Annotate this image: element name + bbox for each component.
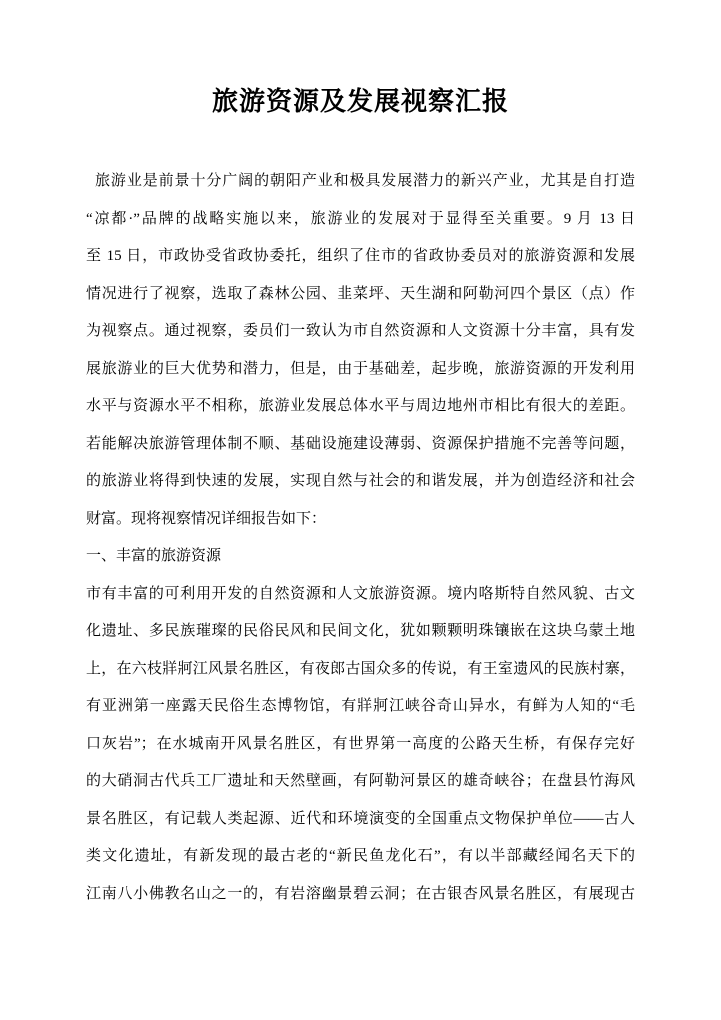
text-line: “凉都·”品牌的战略实施以来，旅游业的发展对于显得至关重要。9 月 13 日 — [86, 201, 635, 239]
text-line: 财富。现将视察情况详细报告如下： — [86, 501, 635, 539]
text-line: 市有丰富的可利用开发的自然资源和人文旅游资源。境内咯斯特自然风貌、古文 — [86, 576, 635, 614]
text-line: 旅游业是前景十分广阔的朝阳产业和极具发展潜力的新兴产业，尤其是自打造 — [86, 163, 635, 201]
document-title: 旅游资源及发展视察汇报 — [0, 0, 721, 118]
text-line: 化遗址、多民族璀璨的民俗民风和民间文化，犹如颗颗明珠镶嵌在这块乌蒙土地 — [86, 613, 635, 651]
text-line: 有亚洲第一座露天民俗生态博物馆，有牂牁江峡谷奇山异水，有鲜为人知的“毛 — [86, 688, 635, 726]
text-line: 水平与资源水平不相称，旅游业发展总体水平与周边地州市相比有很大的差距。 — [86, 388, 635, 426]
text-line: 情况进行了视察，选取了森林公园、韭菜坪、天生湖和阿勒河四个景区（点）作 — [86, 276, 635, 314]
document-page: 旅游资源及发展视察汇报 旅游业是前景十分广阔的朝阳产业和极具发展潜力的新兴产业，… — [0, 0, 721, 1020]
text-line: 至 15 日，市政协受省政协委托，组织了住市的省政协委员对的旅游资源和发展 — [86, 238, 635, 276]
text-line: 若能解决旅游管理体制不顺、基础设施建设薄弱、资源保护措施不完善等问题， — [86, 426, 635, 464]
text-line: 为视察点。通过视察，委员们一致认为市自然资源和人文资源十分丰富，具有发 — [86, 313, 635, 351]
text-line: 江南八小佛教名山之一的，有岩溶幽景碧云洞；在古银杏风景名胜区，有展现古 — [86, 876, 635, 914]
text-line: 口灰岩”；在水城南开风景名胜区，有世界第一高度的公路天生桥，有保存完好 — [86, 726, 635, 764]
text-line: 类文化遗址，有新发现的最古老的“新民鱼龙化石”，有以半部藏经闻名天下的 — [86, 838, 635, 876]
text-line: 展旅游业的巨大优势和潜力，但是，由于基础差，起步晚，旅游资源的开发利用 — [86, 351, 635, 389]
text-line: 的大硝洞古代兵工厂遗址和天然壁画，有阿勒河景区的雄奇峡谷；在盘县竹海风 — [86, 763, 635, 801]
text-line: 景名胜区，有记载人类起源、近代和环境演变的全国重点文物保护单位——古人 — [86, 801, 635, 839]
section-heading: 一、丰富的旅游资源 — [86, 538, 635, 576]
text-line: 的旅游业将得到快速的发展，实现自然与社会的和谐发展，并为创造经济和社会 — [86, 463, 635, 501]
text-line: 上，在六枝牂牁江风景名胜区，有夜郎古国众多的传说，有王室遗风的民族村寨， — [86, 651, 635, 689]
document-body: 旅游业是前景十分广阔的朝阳产业和极具发展潜力的新兴产业，尤其是自打造 “凉都·”… — [86, 163, 635, 913]
